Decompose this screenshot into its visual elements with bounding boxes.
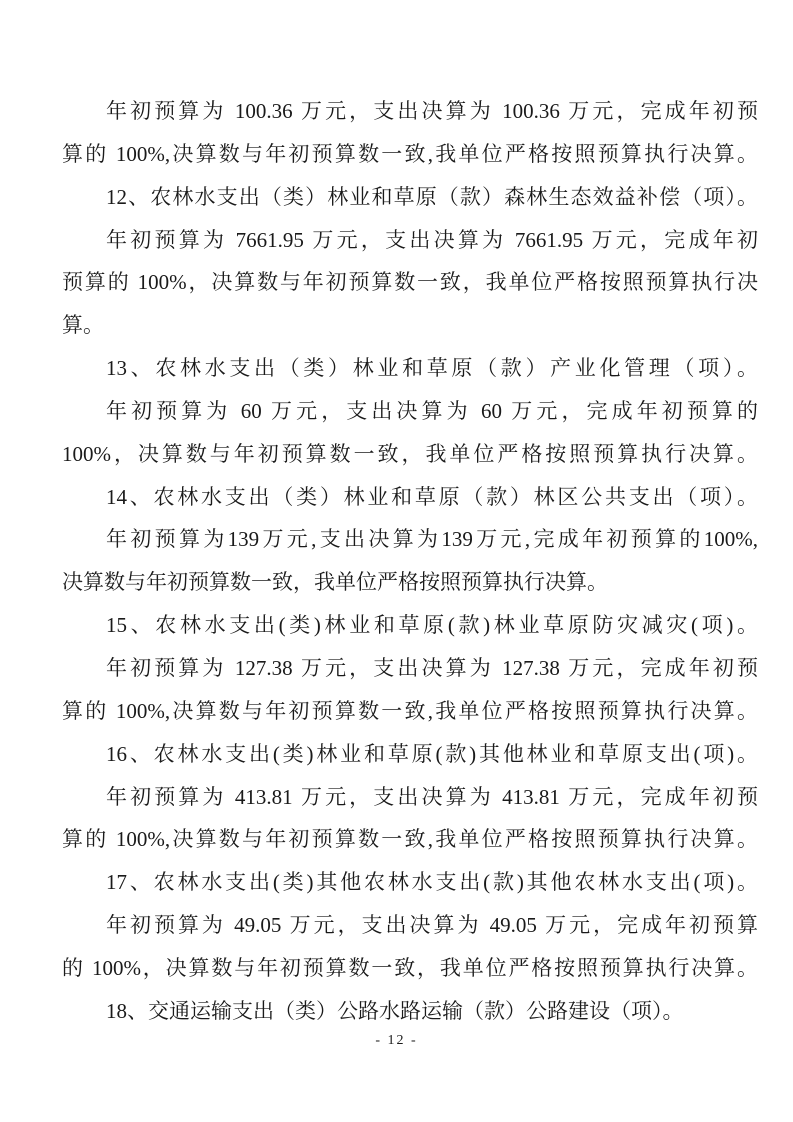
text-line: 算的 100%,决算数与年初预算数一致,我单位严格按照预算执行决算。 (62, 818, 758, 861)
text-line: 算的 100%,决算数与年初预算数一致,我单位严格按照预算执行决算。 (62, 133, 758, 176)
text-line: 16、农林水支出(类)林业和草原(款)其他林业和草原支出(项)。 (62, 733, 758, 776)
page-number: - 12 - (375, 1033, 417, 1048)
text-line: 年初预算为 100.36 万元，支出决算为 100.36 万元，完成年初预 (62, 90, 758, 133)
text-line: 13、农林水支出（类）林业和草原（款）产业化管理（项）。 (62, 347, 758, 390)
text-line: 年初预算为 49.05 万元，支出决算为 49.05 万元，完成年初预算 (62, 904, 758, 947)
text-line: 决算数与年初预算数一致，我单位严格按照预算执行决算。 (62, 561, 758, 604)
text-line: 18、交通运输支出（类）公路水路运输（款）公路建设（项）。 (62, 990, 758, 1033)
document-page: 年初预算为 100.36 万元，支出决算为 100.36 万元，完成年初预算的 … (0, 0, 793, 1122)
text-line: 年初预算为 413.81 万元，支出决算为 413.81 万元，完成年初预 (62, 776, 758, 819)
text-line: 14、农林水支出（类）林业和草原（款）林区公共支出（项）。 (62, 476, 758, 519)
text-line: 年初预算为 7661.95 万元，支出决算为 7661.95 万元，完成年初 (62, 219, 758, 262)
text-line: 年初预算为 60 万元，支出决算为 60 万元，完成年初预算的 (62, 390, 758, 433)
text-line: 预算的 100%，决算数与年初预算数一致，我单位严格按照预算执行决 (62, 261, 758, 304)
page-footer: - 12 - (0, 1031, 793, 1049)
text-line: 15、农林水支出(类)林业和草原(款)林业草原防灾减灾(项)。 (62, 604, 758, 647)
page-body-text: 年初预算为 100.36 万元，支出决算为 100.36 万元，完成年初预算的 … (62, 90, 758, 1033)
text-line: 17、农林水支出(类)其他农林水支出(款)其他农林水支出(项)。 (62, 861, 758, 904)
text-line: 12、农林水支出（类）林业和草原（款）森林生态效益补偿（项）。 (62, 176, 758, 219)
text-line: 的 100%，决算数与年初预算数一致，我单位严格按照预算执行决算。 (62, 947, 758, 990)
text-line: 年初预算为 127.38 万元，支出决算为 127.38 万元，完成年初预 (62, 647, 758, 690)
text-line: 100%，决算数与年初预算数一致，我单位严格按照预算执行决算。 (62, 433, 758, 476)
text-line: 算。 (62, 304, 758, 347)
text-line: 年初预算为139万元,支出决算为139万元,完成年初预算的100%, (62, 518, 758, 561)
text-line: 算的 100%,决算数与年初预算数一致,我单位严格按照预算执行决算。 (62, 690, 758, 733)
